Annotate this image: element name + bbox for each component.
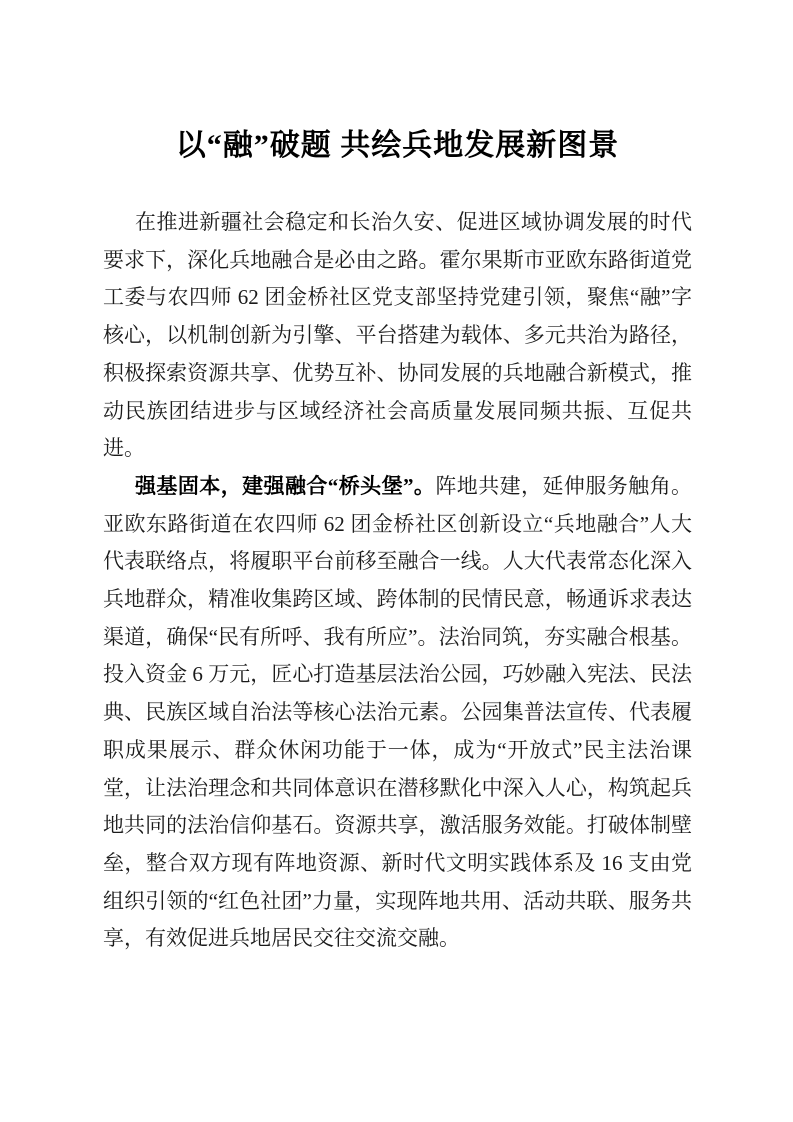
document-page: 以“融”破题 共绘兵地发展新图景 在推进新疆社会稳定和长治久安、促进区域协调发展… [0, 0, 793, 1122]
document-title: 以“融”破题 共绘兵地发展新图景 [103, 126, 692, 166]
paragraph-main-text: 阵地共建，延伸服务触角。亚欧东路街道在农四师 62 团金桥社区创新设立“兵地融合… [103, 474, 692, 950]
paragraph-intro: 在推进新疆社会稳定和长治久安、促进区域协调发展的时代要求下，深化兵地融合是必由之… [103, 204, 692, 468]
paragraph-intro-text: 在推进新疆社会稳定和长治久安、促进区域协调发展的时代要求下，深化兵地融合是必由之… [103, 210, 692, 460]
paragraph-main-lead: 强基固本，建强融合“桥头堡”。 [135, 474, 435, 498]
paragraph-main: 强基固本，建强融合“桥头堡”。阵地共建，延伸服务触角。亚欧东路街道在农四师 62… [103, 468, 692, 958]
document-body: 在推进新疆社会稳定和长治久安、促进区域协调发展的时代要求下，深化兵地融合是必由之… [103, 204, 692, 958]
